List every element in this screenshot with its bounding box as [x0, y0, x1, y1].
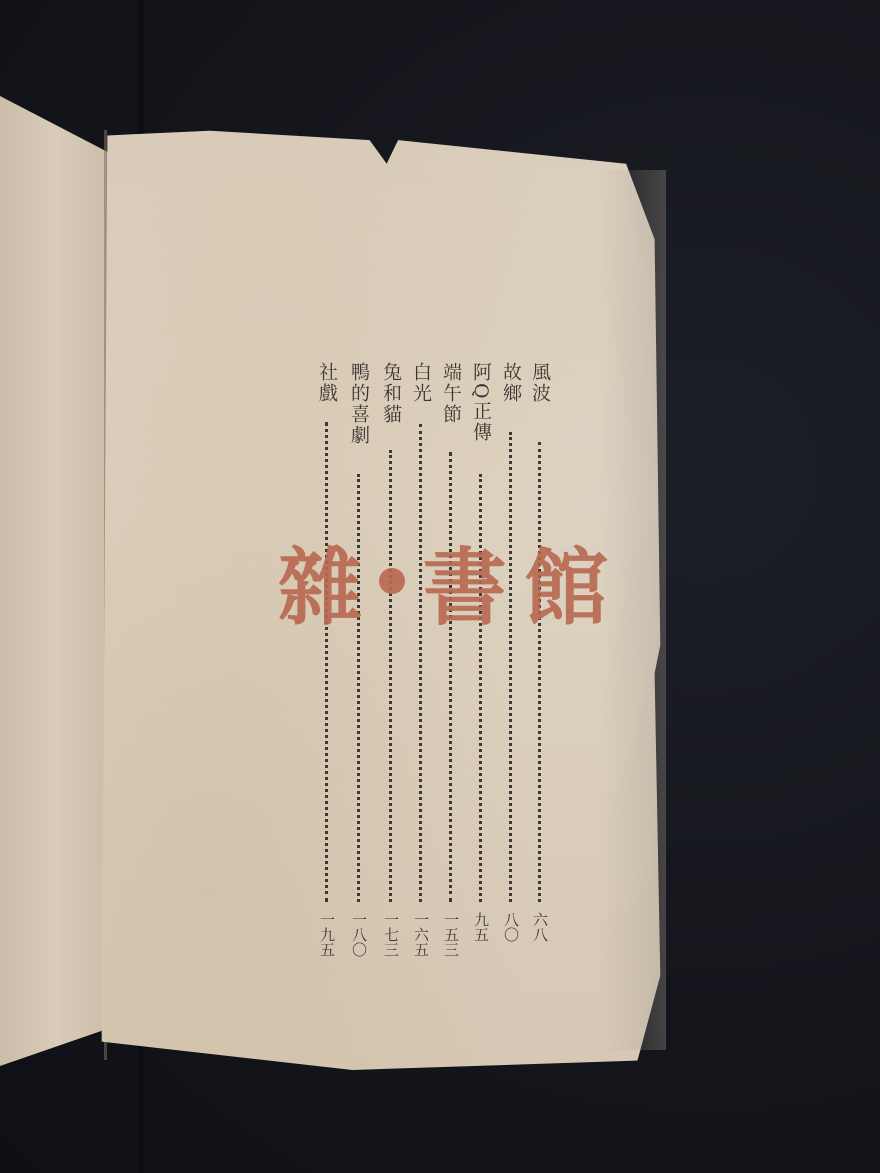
toc-page-number: 一七三	[380, 912, 402, 957]
toc-title: 白光	[408, 362, 434, 404]
toc-entry: 兔和貓 一七三	[378, 362, 404, 962]
toc-entry: 白光 一六五	[408, 362, 434, 962]
toc-title: 社戲	[314, 362, 340, 404]
toc-page-number: 一八〇	[348, 912, 370, 957]
left-page	[0, 96, 112, 1066]
toc-title: 風波	[527, 362, 553, 404]
watermark-dot	[379, 568, 405, 594]
watermark-char: 館	[524, 521, 608, 642]
toc-entry: 阿Q正傳 九五	[468, 362, 494, 962]
toc-page-number: 一六五	[410, 912, 432, 957]
toc-page-number: 六八	[529, 912, 551, 942]
toc-title: 阿Q正傳	[468, 362, 494, 443]
toc-page-number: 一五三	[440, 912, 462, 957]
dot-leader	[538, 442, 541, 902]
watermark-char: 書	[423, 521, 507, 642]
dot-leader	[509, 432, 512, 902]
toc-page-number: 八〇	[500, 912, 522, 942]
dot-leader	[449, 452, 452, 902]
watermark-char: 雜	[278, 521, 362, 642]
watermark-stamp: 雜 書 館	[278, 528, 608, 634]
toc-entry: 社戲 一九五	[314, 362, 340, 962]
toc-page-number: 一九五	[316, 912, 338, 957]
toc-title: 故鄉	[498, 362, 524, 404]
dot-leader	[389, 450, 392, 902]
toc-entry: 鴨的喜劇 一八〇	[346, 362, 372, 962]
toc-title: 端午節	[438, 362, 464, 425]
dot-leader	[419, 424, 422, 902]
dot-leader	[325, 422, 328, 902]
toc-entry: 故鄉 八〇	[498, 362, 524, 962]
toc-title: 鴨的喜劇	[346, 362, 372, 446]
toc-entry: 風波 六八	[527, 362, 553, 962]
table-of-contents: 風波 六八 故鄉 八〇 阿Q正傳 九五 端午節 一五三 白光 一六五 兔和貓 一…	[300, 362, 560, 962]
toc-page-number: 九五	[470, 912, 492, 942]
toc-entry: 端午節 一五三	[438, 362, 464, 962]
toc-title: 兔和貓	[378, 362, 404, 425]
